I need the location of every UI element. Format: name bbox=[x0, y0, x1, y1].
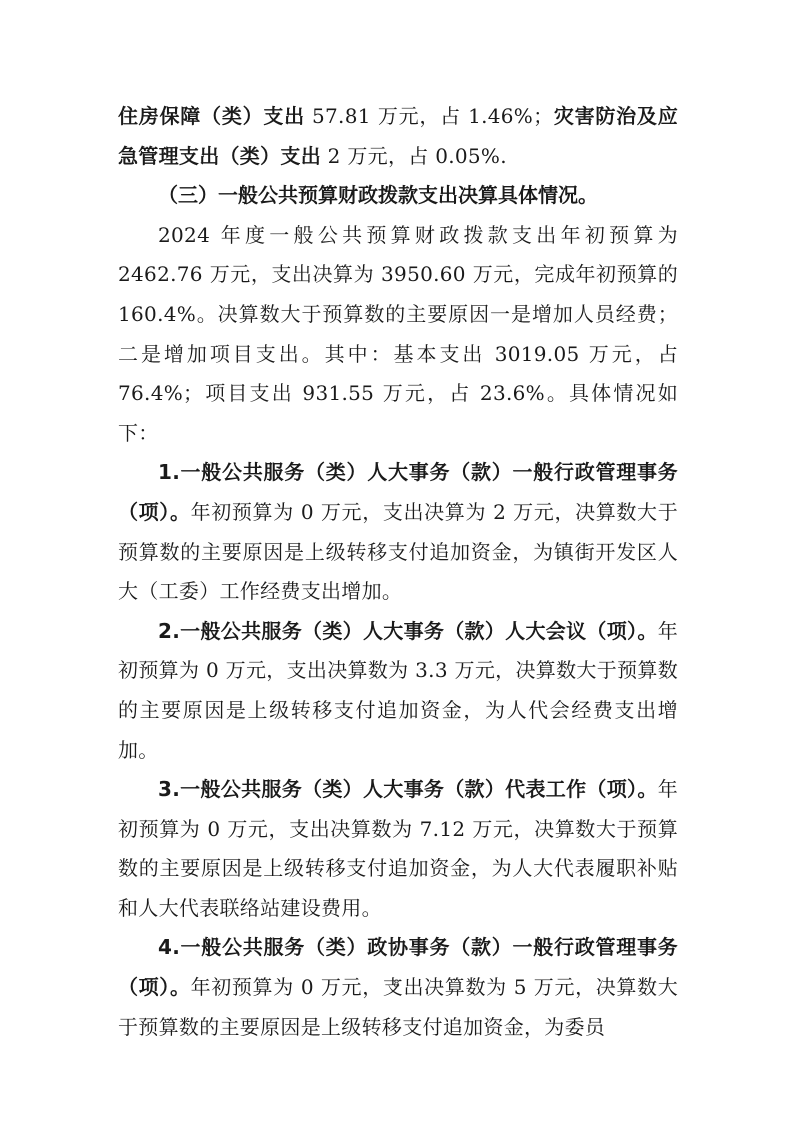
intro-paragraph: 住房保障（类）支出 57.81 万元，占 1.46%；灾害防治及应急管理支出（类… bbox=[118, 97, 678, 176]
item-title: 2.一般公共服务（类）人大事务（款）人大会议（项）。 bbox=[158, 619, 658, 643]
section-heading: （三）一般公共预算财政拨款支出决算具体情况。 bbox=[118, 176, 678, 216]
housing-category-value: 57.81 万元，占 1.46%； bbox=[305, 104, 554, 128]
summary-paragraph: 2024 年度一般公共预算财政拨款支出年初预算为 2462.76 万元，支出决算… bbox=[118, 216, 678, 454]
housing-category-label: 住房保障（类）支出 bbox=[118, 104, 305, 128]
page-number: 8 bbox=[0, 976, 793, 991]
item-paragraph-1: 1.一般公共服务（类）人大事务（款）一般行政管理事务（项）。年初预算为 0 万元… bbox=[118, 453, 678, 611]
item-title: 3.一般公共服务（类）人大事务（款）代表工作（项）。 bbox=[158, 777, 658, 801]
disaster-category-value: 2 万元，占 0.05%. bbox=[321, 144, 507, 168]
item-body: 年初预算为 0 万元，支出决算为 2 万元，决算数大于预算数的主要原因是上级转移… bbox=[118, 500, 678, 603]
item-paragraph-3: 3.一般公共服务（类）人大事务（款）代表工作（项）。年初预算为 0 万元，支出决… bbox=[118, 770, 678, 928]
document-page: 住房保障（类）支出 57.81 万元，占 1.46%；灾害防治及应急管理支出（类… bbox=[118, 97, 678, 1047]
item-paragraph-2: 2.一般公共服务（类）人大事务（款）人大会议（项）。年初预算为 0 万元，支出决… bbox=[118, 612, 678, 770]
